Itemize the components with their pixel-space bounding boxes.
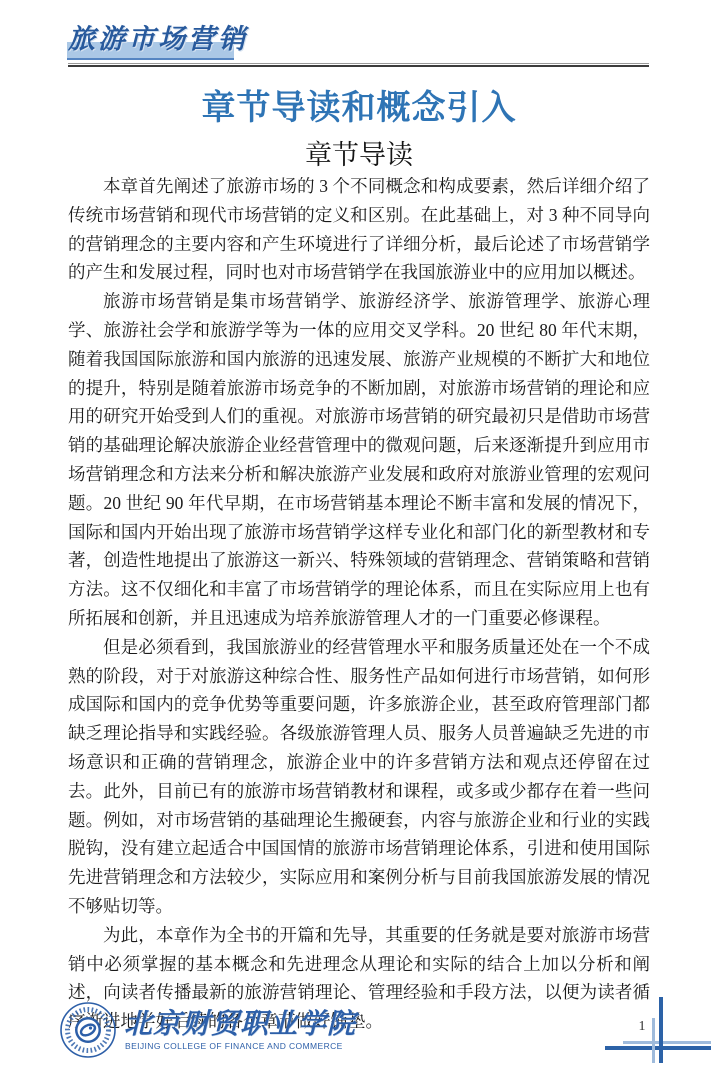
textbook-page: 旅游市场营销 章节导读和概念引入 章节导读 本章首先阐述了旅游市场的 3 个不同…: [0, 0, 711, 1066]
paragraph: 本章首先阐述了旅游市场的 3 个不同概念和构成要素，然后详细介绍了传统市场营销和…: [68, 172, 650, 287]
paragraph: 但是必须看到，我国旅游业的经营管理水平和服务质量还处在一个不成熟的阶段，对于对旅…: [68, 633, 650, 921]
college-name-chinese: 北京财贸职业学院: [124, 1002, 384, 1042]
corner-line-vertical-dark: [659, 997, 663, 1063]
corner-line-horizontal-light: [623, 1041, 711, 1044]
section-title: 章节导读: [68, 133, 650, 172]
book-brand-title: 旅游市场营销: [68, 22, 288, 58]
corner-line-vertical-light: [652, 1018, 655, 1063]
college-name-english: BEIJING COLLEGE OF FINANCE AND COMMERCE: [125, 1041, 405, 1051]
college-seal-icon: [59, 1001, 117, 1059]
chapter-title: 章节导读和概念引入: [68, 80, 650, 129]
header-divider: [68, 63, 649, 67]
corner-line-horizontal-dark: [605, 1046, 711, 1050]
paragraph: 旅游市场营销是集市场营销学、旅游经济学、旅游管理学、旅游心理学、旅游社会学和旅游…: [68, 287, 650, 633]
page-number: 1: [634, 1019, 650, 1035]
body-text-block: 本章首先阐述了旅游市场的 3 个不同概念和构成要素，然后详细介绍了传统市场营销和…: [68, 172, 650, 1036]
